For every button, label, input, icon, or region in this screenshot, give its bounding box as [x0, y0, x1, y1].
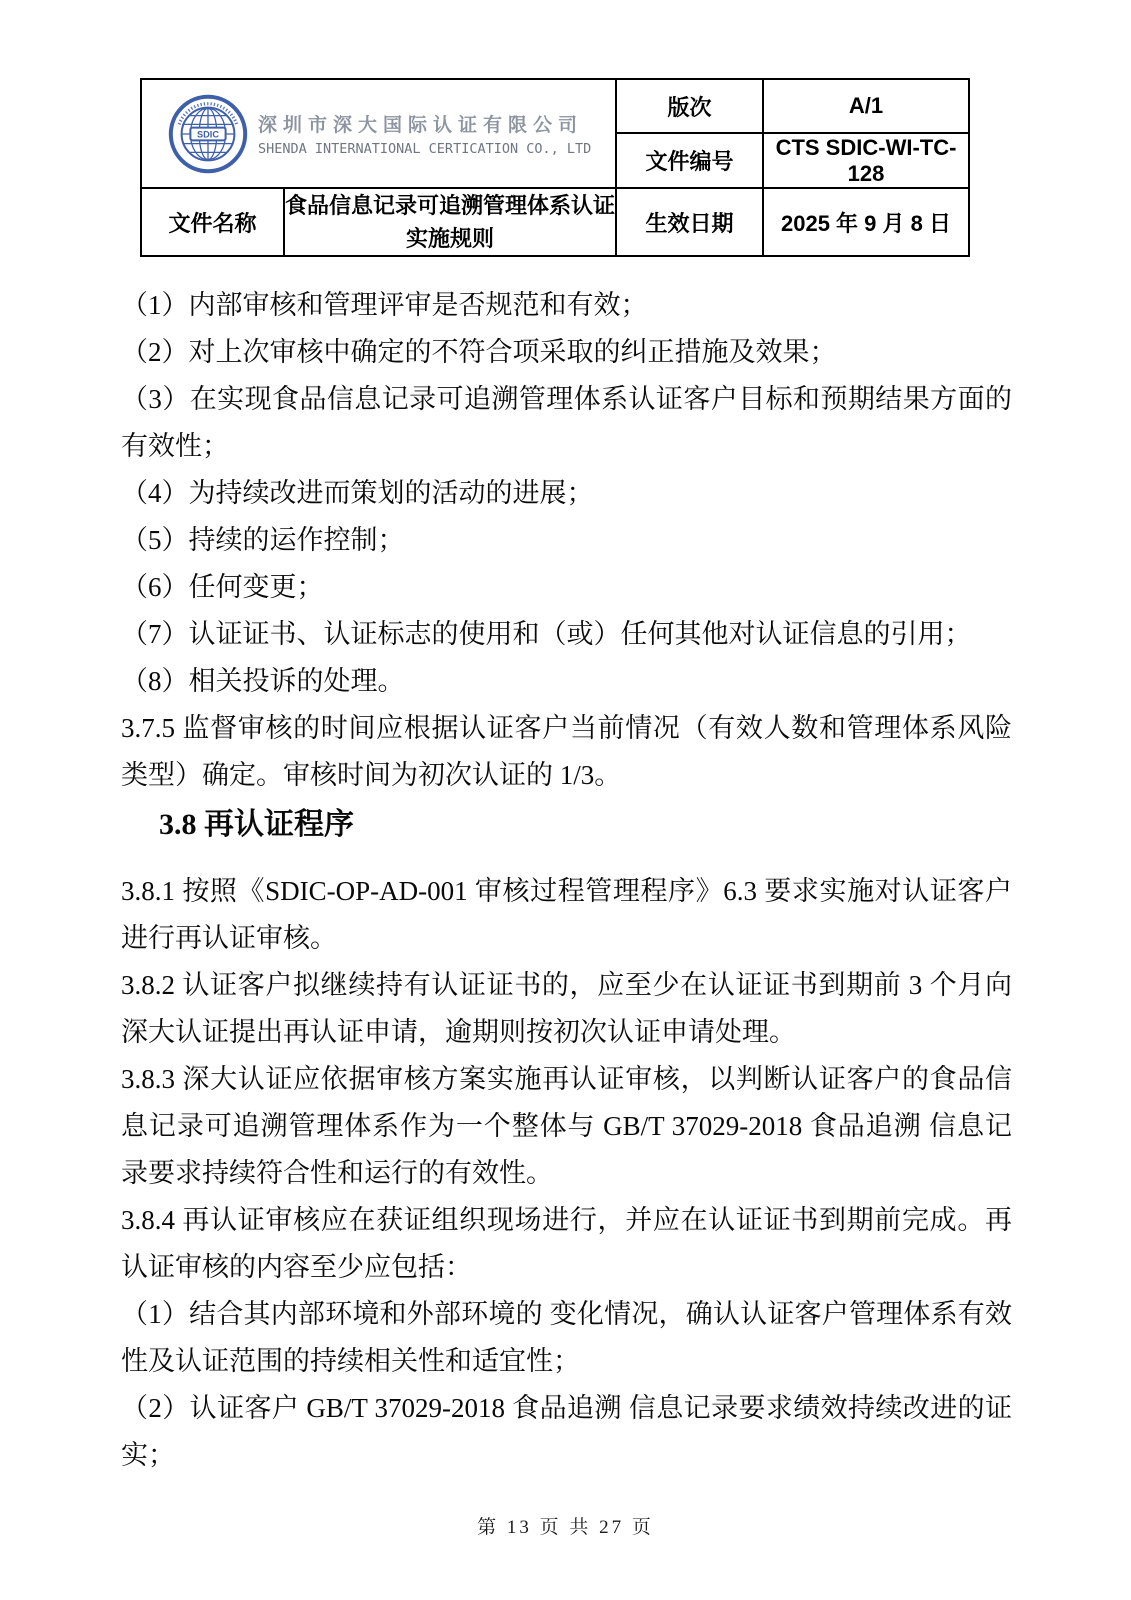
- body-paragraph: （1）结合其内部环境和外部环境的 变化情况，确认认证客户管理体系有效性及认证范围…: [121, 1291, 1012, 1385]
- body-paragraph: （2）对上次审核中确定的不符合项采取的纠正措施及效果；: [121, 329, 1012, 376]
- body-paragraph: （6）任何变更；: [121, 564, 1012, 611]
- section-heading: 3.8 再认证程序: [159, 801, 1012, 848]
- body-paragraph: （1）内部审核和管理评审是否规范和有效；: [121, 282, 1012, 329]
- version-value: A/1: [763, 79, 969, 133]
- body-paragraph: （5）持续的运作控制；: [121, 517, 1012, 564]
- doc-name-line1: 食品信息记录可追溯管理体系认证: [285, 189, 615, 222]
- company-logo-cell: SDIC 深圳市深大国际认证有限公司 SHENDA INTERNATIONAL …: [141, 79, 616, 188]
- doc-name-line2: 实施规则: [285, 222, 615, 255]
- doc-name-label: 文件名称: [141, 188, 284, 256]
- body-paragraph: （2）认证客户 GB/T 37029-2018 食品追溯 信息记录要求绩效持续改…: [121, 1385, 1012, 1479]
- doc-name-value: 食品信息记录可追溯管理体系认证 实施规则: [284, 188, 616, 256]
- page-number-indicator: 第 13 页 共 27 页: [0, 1512, 1131, 1539]
- body-paragraph: 3.7.5 监督审核的时间应根据认证客户当前情况（有效人数和管理体系风险类型）确…: [121, 705, 1012, 799]
- body-paragraph: 3.8.2 认证客户拟继续持有认证证书的，应至少在认证证书到期前 3 个月向深大…: [121, 962, 1012, 1056]
- version-label: 版次: [616, 79, 763, 133]
- doc-no-label: 文件编号: [616, 133, 763, 188]
- body-paragraph: （8）相关投诉的处理。: [121, 658, 1012, 705]
- company-name-cn: 深圳市深大国际认证有限公司: [258, 110, 591, 137]
- logo-badge-text: SDIC: [197, 129, 219, 139]
- document-header-table: SDIC 深圳市深大国际认证有限公司 SHENDA INTERNATIONAL …: [140, 78, 970, 257]
- body-paragraph: （4）为持续改进而策划的活动的进展；: [121, 470, 1012, 517]
- effective-date-label: 生效日期: [616, 188, 763, 256]
- body-paragraph: 3.8.1 按照《SDIC-OP-AD-001 审核过程管理程序》6.3 要求实…: [121, 868, 1012, 962]
- body-paragraph: （3）在实现食品信息记录可追溯管理体系认证客户目标和预期结果方面的有效性；: [121, 376, 1012, 470]
- document-body: （1）内部审核和管理评审是否规范和有效； （2）对上次审核中确定的不符合项采取的…: [121, 282, 1012, 1479]
- effective-date-value: 2025 年 9 月 8 日: [763, 188, 969, 256]
- doc-no-value: CTS SDIC-WI-TC-128: [763, 133, 969, 188]
- company-name-en: SHENDA INTERNATIONAL CERTICATION CO., LT…: [258, 141, 591, 157]
- body-paragraph: 3.8.3 深大认证应依据审核方案实施再认证审核，以判断认证客户的食品信息记录可…: [121, 1056, 1012, 1197]
- body-paragraph: （7）认证证书、认证标志的使用和（或）任何其他对认证信息的引用；: [121, 611, 1012, 658]
- document-page: SDIC 深圳市深大国际认证有限公司 SHENDA INTERNATIONAL …: [0, 0, 1131, 1600]
- sdic-globe-logo-icon: SDIC: [168, 94, 248, 174]
- body-paragraph: 3.8.4 再认证审核应在获证组织现场进行，并应在认证证书到期前完成。再认证审核…: [121, 1197, 1012, 1291]
